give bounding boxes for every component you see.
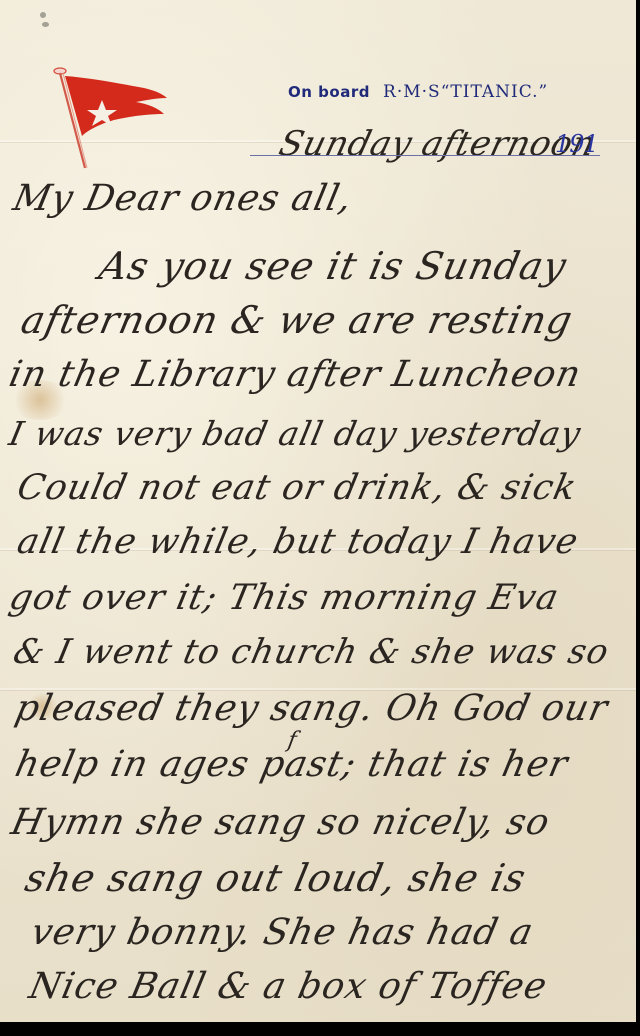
- letter-line: As you see it is Sunday: [95, 244, 571, 288]
- letter-line: pleased they sang. Oh God our: [12, 688, 612, 729]
- handwritten-dateline: Sunday afternoon: [275, 124, 600, 164]
- red-star-flag-icon: [52, 64, 177, 174]
- letter-line: & I went to church & she was so: [10, 632, 613, 672]
- ink-smudge: [40, 12, 46, 18]
- letterhead: On board R·M·S“TITANIC.”: [288, 82, 548, 102]
- letter-line: afternoon & we are resting: [17, 298, 577, 342]
- letter-line: I was very bad all day yesterday: [6, 414, 585, 453]
- letter-line: Could not eat or drink, & sick: [14, 468, 581, 508]
- letter-line: help in ages past; that is her: [12, 744, 572, 785]
- printed-year: 191: [555, 130, 598, 158]
- letter-line: Hymn she sang so nicely, so: [8, 802, 554, 843]
- letter-page: On board R·M·S“TITANIC.” Sunday afternoo…: [0, 0, 636, 1022]
- letter-line: she sang out loud, she is: [21, 856, 530, 900]
- letter-line: in the Library after Luncheon: [6, 354, 585, 395]
- letter-line: got over it; This morning Eva: [6, 578, 563, 618]
- letterhead-on-board: On board: [288, 83, 370, 101]
- letter-line: Nice Ball & a box of Toffee: [26, 966, 551, 1007]
- ink-smudge: [42, 22, 49, 27]
- letter-line: very bonny. She has had a: [28, 912, 538, 953]
- letter-line: all the while, but today I have: [14, 522, 582, 562]
- letterhead-ship-name: R·M·S“TITANIC.”: [383, 82, 548, 102]
- letter-line: My Dear ones all,: [10, 178, 357, 219]
- scan-border: [636, 0, 640, 1036]
- date-rule-line: [250, 155, 600, 156]
